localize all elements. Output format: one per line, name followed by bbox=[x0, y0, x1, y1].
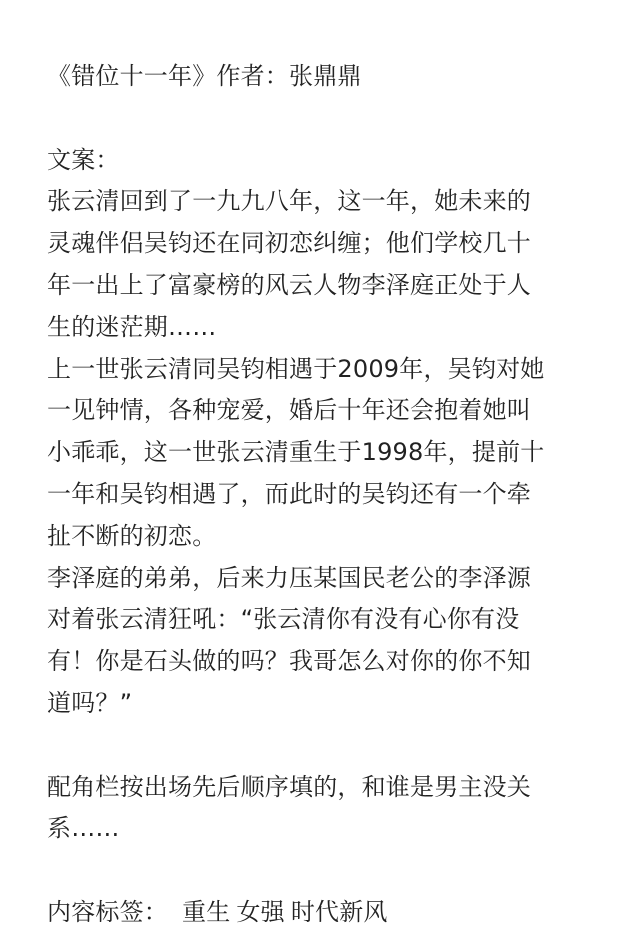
spacer bbox=[47, 98, 607, 140]
text-line: 对着张云清狂吼：“张云清你有没有心你有没 bbox=[47, 599, 607, 641]
author-label: 作者： bbox=[216, 62, 289, 90]
book-title: 《错位十一年》 bbox=[47, 62, 216, 90]
author-name: 张鼎鼎 bbox=[289, 62, 362, 90]
text-line: 有！你是石头做的吗？我哥怎么对你的你不知 bbox=[47, 641, 607, 683]
content-tags: 内容标签：重生女强时代新风 bbox=[47, 892, 607, 934]
synopsis-paragraph-1: 张云清回到了一九九八年，这一年，她未来的 灵魂伴侣吴钧还在同初恋纠缠；他们学校几… bbox=[47, 181, 607, 348]
text-line: 上一世张云清同吴钧相遇于2009年，吴钧对她 bbox=[47, 349, 607, 391]
text-line: 生的迷茫期…… bbox=[47, 307, 607, 349]
tag-item: 女强 bbox=[236, 898, 284, 926]
spacer bbox=[47, 725, 607, 767]
text-line: 年一出上了富豪榜的风云人物李泽庭正处于人 bbox=[47, 265, 607, 307]
text-line: 道吗？” bbox=[47, 683, 607, 725]
text-line: 小乖乖，这一世张云清重生于1998年，提前十 bbox=[47, 432, 607, 474]
tag-item: 重生 bbox=[182, 898, 230, 926]
book-title-line: 《错位十一年》作者：张鼎鼎 bbox=[47, 56, 607, 98]
text-line: 李泽庭的弟弟，后来力压某国民老公的李泽源 bbox=[47, 558, 607, 600]
tags-label: 内容标签： bbox=[47, 898, 168, 926]
synopsis-paragraph-3: 李泽庭的弟弟，后来力压某国民老公的李泽源 对着张云清狂吼：“张云清你有没有心你有… bbox=[47, 558, 607, 725]
synopsis-label: 文案： bbox=[47, 140, 607, 182]
text-line: 灵魂伴侣吴钧还在同初恋纠缠；他们学校几十 bbox=[47, 223, 607, 265]
text-line: 配角栏按出场先后顺序填的，和谁是男主没关 bbox=[47, 767, 607, 809]
text-line: 系…… bbox=[47, 808, 607, 850]
cast-note: 配角栏按出场先后顺序填的，和谁是男主没关 系…… bbox=[47, 767, 607, 851]
tag-item: 时代新风 bbox=[291, 898, 388, 926]
text-line: 扯不断的初恋。 bbox=[47, 516, 607, 558]
text-line: 一见钟情，各种宠爱，婚后十年还会抱着她叫 bbox=[47, 390, 607, 432]
document-body: 《错位十一年》作者：张鼎鼎 文案： 张云清回到了一九九八年，这一年，她未来的 灵… bbox=[47, 56, 607, 934]
text-line: 张云清回到了一九九八年，这一年，她未来的 bbox=[47, 181, 607, 223]
spacer bbox=[47, 850, 607, 892]
text-line: 一年和吴钧相遇了，而此时的吴钧还有一个牵 bbox=[47, 474, 607, 516]
synopsis-paragraph-2: 上一世张云清同吴钧相遇于2009年，吴钧对她 一见钟情，各种宠爱，婚后十年还会抱… bbox=[47, 349, 607, 558]
